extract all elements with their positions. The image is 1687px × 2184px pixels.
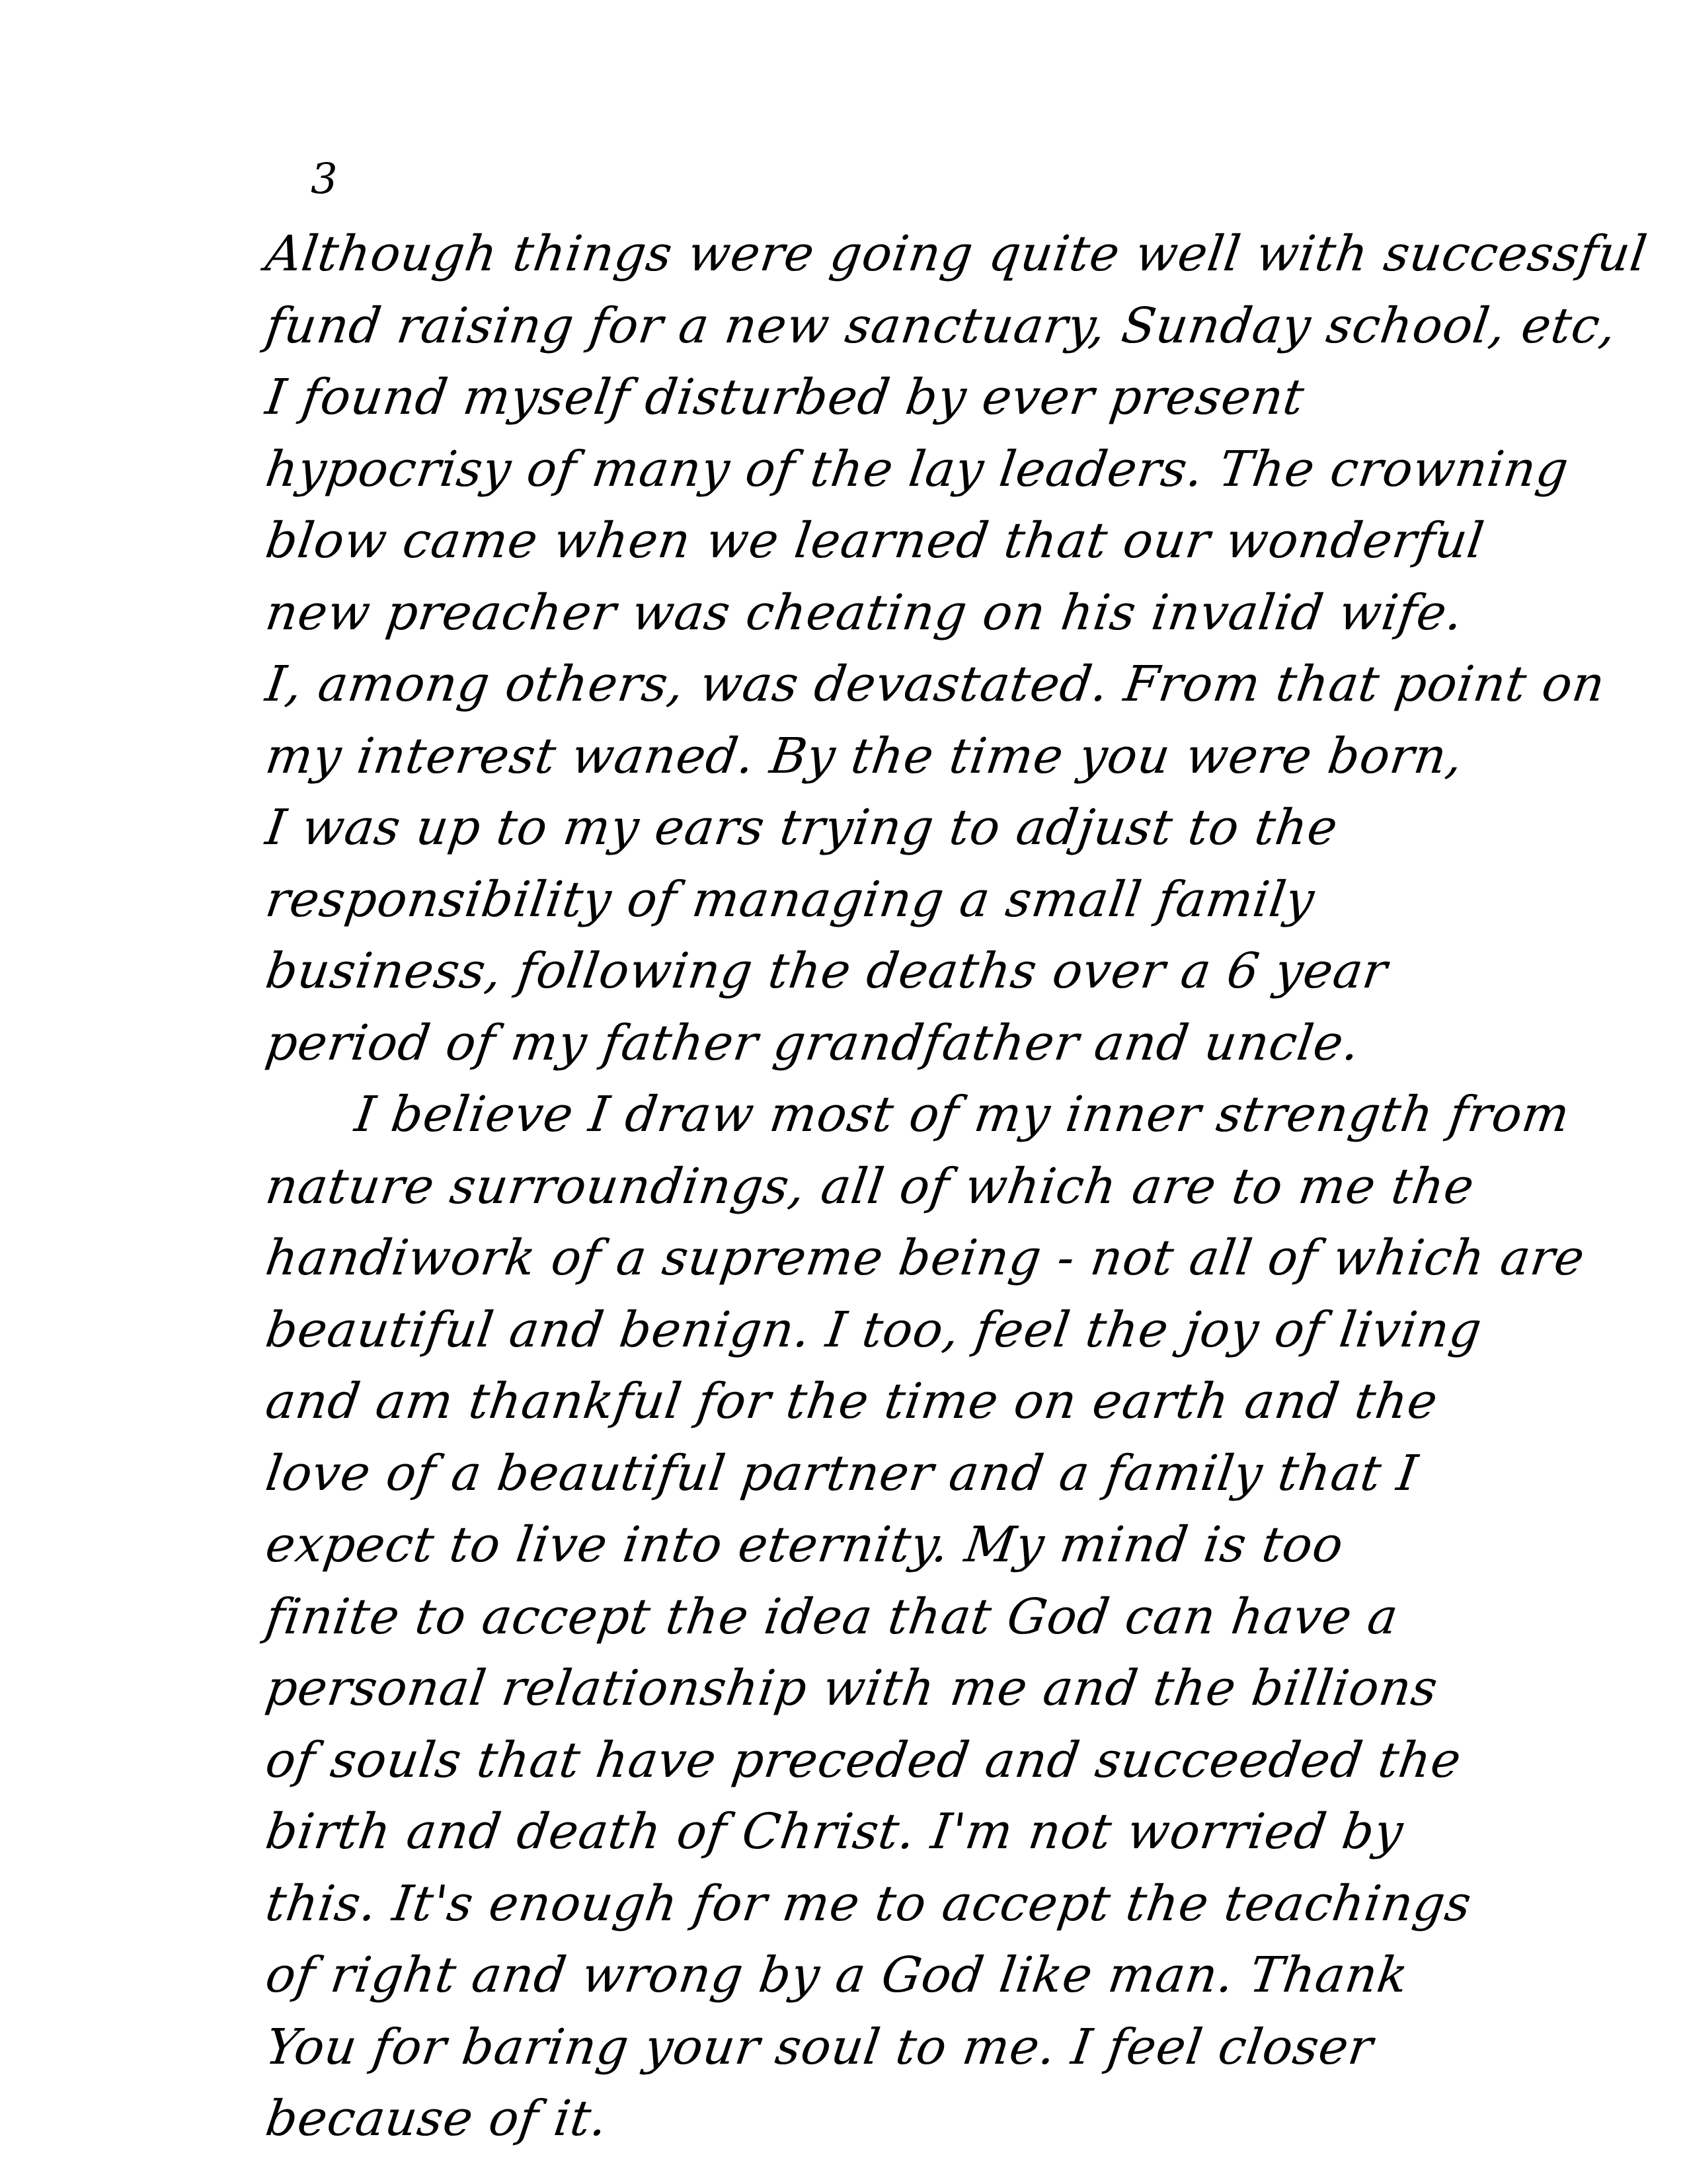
letter-line: period of my father grandfather and uncl… <box>261 1007 1514 1079</box>
letter-line: hypocrisy of many of the lay leaders. Th… <box>261 434 1514 506</box>
letter-line: business, following the deaths over a 6 … <box>261 935 1514 1007</box>
letter-line: new preacher was cheating on his invalid… <box>261 577 1514 649</box>
letter-closing-line: because of it. <box>261 2083 1514 2155</box>
letter-line: responsibility of managing a small famil… <box>261 864 1514 936</box>
letter-line: birth and death of Christ. I'm not worri… <box>261 1796 1514 1868</box>
letter-line: expect to live into eternity. My mind is… <box>261 1509 1514 1581</box>
letter-line: nature surroundings, all of which are to… <box>261 1151 1514 1223</box>
letter-line: my interest waned. By the time you were … <box>261 721 1514 793</box>
letter-line: I, among others, was devastated. From th… <box>261 648 1514 721</box>
letter-line: and am thankful for the time on earth an… <box>261 1366 1514 1438</box>
letter-line: You for baring your soul to me. I feel c… <box>261 2011 1514 2084</box>
letter-page: 3 Although things were going quite well … <box>0 0 1687 2184</box>
letter-line: of souls that have preceded and succeede… <box>261 1725 1514 1797</box>
letter-line: personal relationship with me and the bi… <box>261 1653 1514 1725</box>
paragraph-start-line: I believe I draw most of my inner streng… <box>261 1079 1514 1151</box>
letter-line: this. It's enough for me to accept the t… <box>261 1868 1514 1940</box>
letter-line: Although things were going quite well wi… <box>261 218 1514 290</box>
letter-line: fund raising for a new sanctuary, Sunday… <box>261 290 1514 362</box>
letter-line: beautiful and benign. I too, feel the jo… <box>261 1294 1514 1366</box>
letter-line: love of a beautiful partner and a family… <box>261 1438 1514 1510</box>
letter-line: I was up to my ears trying to adjust to … <box>261 792 1514 864</box>
page-number: 3 <box>311 159 338 201</box>
letter-body: Although things were going quite well wi… <box>261 218 1504 2155</box>
letter-line: I found myself disturbed by ever present <box>261 362 1514 434</box>
letter-line: handiwork of a supreme being - not all o… <box>261 1222 1514 1294</box>
letter-line: of right and wrong by a God like man. Th… <box>261 1939 1514 2011</box>
letter-line: finite to accept the idea that God can h… <box>261 1581 1514 1653</box>
letter-line: blow came when we learned that our wonde… <box>261 505 1514 577</box>
